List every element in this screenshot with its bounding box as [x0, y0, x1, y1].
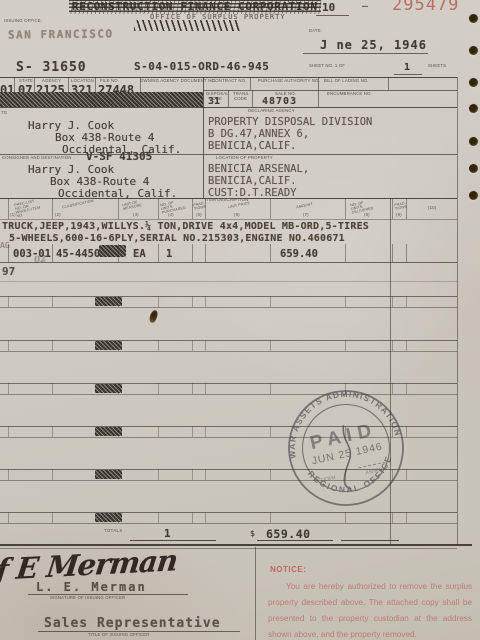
cell-divider	[192, 244, 193, 262]
cell-divider	[205, 383, 206, 394]
owning-doc-col-header: OWNING AGENCY DOCUMENT NO.	[140, 79, 216, 83]
footer-divider	[255, 547, 256, 640]
row-rule	[0, 383, 457, 384]
cell-divider	[118, 244, 119, 262]
date-underline	[303, 53, 428, 54]
date-value: J ne 25, 1946	[320, 38, 427, 52]
totals-label: TOTALS	[104, 529, 123, 533]
cell-divider	[270, 383, 271, 394]
cell-divider	[392, 340, 393, 351]
cell-divider	[270, 512, 271, 523]
col-number-5: (5)	[196, 213, 202, 217]
cell-divider	[158, 383, 159, 394]
cell-divider	[205, 426, 206, 437]
contract-col-header: CONTRACT NO.	[212, 79, 247, 83]
cell-divider	[8, 198, 9, 219]
hatch-mark	[95, 341, 122, 350]
paid-stamp: WAR ASSETS ADMINISTRATION REGIONAL OFFIC…	[272, 374, 419, 521]
issuing-office-value: SAN FRANCISCO	[8, 27, 114, 41]
cell-divider	[52, 383, 53, 394]
cell-divider	[192, 469, 193, 480]
cell-divider	[406, 198, 407, 219]
sheet-value: 1	[404, 62, 410, 73]
cell-divider	[205, 340, 206, 351]
cell-divider	[270, 198, 271, 219]
col-header-unit: UNIT OF MEASURE	[122, 200, 144, 212]
notice-text: You are hereby authorized to remove the …	[268, 579, 472, 640]
cell-divider	[205, 244, 206, 262]
col-header-item-no: PREC-LIST NO. OR WHOLE-ITEM NO.	[14, 198, 44, 218]
divider	[68, 77, 69, 92]
row-amount: 659.40	[280, 248, 318, 260]
form-number-dash: —	[362, 1, 368, 12]
title-rule	[38, 631, 240, 632]
to-label: TO	[1, 111, 7, 115]
rule	[0, 107, 457, 108]
hatch-mark	[95, 384, 122, 393]
item-description-caption: ITEM DESCRIPTION	[205, 198, 248, 202]
title-caption: TITLE OF ISSUING OFFICER	[88, 633, 150, 637]
row-rule	[0, 469, 457, 470]
struck-corporation-title: RECONSTRUCTION FINANCE CORPORATION	[72, 0, 318, 13]
cell-divider	[392, 244, 393, 262]
sale-no-value: 48703	[262, 96, 297, 107]
ink-smudge	[99, 245, 126, 257]
col-header-amount: AMOUNT	[296, 202, 313, 209]
signature-rule	[28, 594, 188, 595]
row-unit: EA	[133, 248, 146, 260]
declaring-agency-label: DECLARING AGENCY	[248, 109, 295, 113]
cell-divider	[270, 244, 271, 262]
col-number-2: (2)	[55, 213, 61, 217]
cell-divider	[345, 296, 346, 307]
cell-divider	[192, 296, 193, 307]
divider	[34, 77, 35, 92]
divider	[203, 77, 204, 198]
row-rule	[0, 351, 457, 352]
declaring-agency-2: B DG.47,ANNEX 6,	[208, 128, 309, 140]
pencil-scribble: 02	[33, 254, 47, 266]
row-rule	[0, 296, 457, 297]
notice-label: NOTICE:	[270, 565, 306, 574]
cell-divider	[8, 340, 9, 351]
table-right-edge	[457, 77, 458, 545]
serial-number: 295479	[392, 0, 459, 15]
cell-divider	[392, 512, 393, 523]
col-number-1: (1)	[10, 213, 16, 217]
cell-divider	[158, 469, 159, 480]
sheet-suffix: SHEETS	[428, 64, 446, 68]
binder-hole	[469, 191, 478, 200]
row-rule	[0, 523, 457, 524]
cell-divider	[52, 296, 53, 307]
cell-divider	[345, 512, 346, 523]
cell-divider	[158, 296, 159, 307]
cell-divider	[345, 244, 346, 262]
cell-divider	[345, 340, 346, 351]
col-number-3: (3)	[133, 213, 139, 217]
cell-divider	[8, 426, 9, 437]
divider	[250, 77, 251, 90]
encumbrance-label: ENCUMBRANCE NO.	[327, 92, 372, 96]
cell-divider	[392, 198, 393, 219]
cell-divider	[270, 426, 271, 437]
col-number-10: (10)	[428, 206, 436, 210]
cell-divider	[118, 198, 119, 219]
totals-units: 1	[164, 527, 171, 540]
binder-hole	[469, 164, 478, 173]
cell-divider	[270, 296, 271, 307]
totals-underline-1	[130, 540, 216, 541]
binder-hole	[469, 137, 478, 146]
row-rule	[0, 340, 457, 341]
totals-amount: 659.40	[266, 527, 311, 541]
item-description-line1: TRUCK,JEEP,1943,WILLYS.¼ TON,DRIVE 4x4,M…	[2, 221, 369, 232]
rule	[0, 281, 457, 282]
trans-code-label: TRANS.	[233, 92, 250, 96]
cell-divider	[392, 383, 393, 394]
cell-divider	[406, 244, 407, 262]
cell-divider	[8, 469, 9, 480]
cell-divider	[406, 469, 407, 480]
cell-divider	[392, 426, 393, 437]
cell-divider	[205, 512, 206, 523]
hatch-mark	[95, 427, 122, 436]
margin-note-97: 97	[2, 265, 15, 278]
issuing-office-label: ISSUING OFFICE:	[4, 19, 42, 23]
scanned-form-page: RECONSTRUCTION FINANCE CORPORATION OFFIC…	[0, 0, 480, 640]
rule	[203, 90, 457, 91]
hatch-mark	[95, 297, 122, 306]
cell-divider	[192, 198, 193, 219]
row-rule	[0, 512, 457, 513]
cell-divider	[52, 426, 53, 437]
property-location-2: BENICIA,CALIF.	[208, 175, 297, 187]
cell-divider	[52, 198, 53, 219]
sheet-underline	[394, 74, 422, 75]
cell-divider	[205, 296, 206, 307]
trans-code-label2: CODE	[234, 97, 247, 101]
row-rule	[0, 480, 457, 481]
cell-divider	[406, 340, 407, 351]
cell-divider	[406, 426, 407, 437]
divider	[14, 77, 15, 92]
cell-divider	[192, 383, 193, 394]
binder-hole	[469, 78, 478, 87]
row-rule	[0, 426, 457, 427]
divider	[140, 77, 141, 92]
declaring-agency-1: PROPERTY DISPOSAL DIVISION	[208, 116, 372, 128]
totals-dollar-sign: $	[250, 529, 255, 538]
cell-divider	[392, 469, 393, 480]
cell-divider	[406, 512, 407, 523]
cell-divider	[52, 512, 53, 523]
cell-divider	[345, 383, 346, 394]
binder-hole	[469, 104, 478, 113]
property-location-1: BENICIA ARSENAL,	[208, 163, 309, 175]
consignee-label: CONSIGNEE AND DESTINATION	[2, 156, 72, 160]
case-number: S- 31650	[16, 60, 87, 75]
divider	[95, 77, 96, 92]
col-number-7: (7)	[303, 213, 309, 217]
cell-divider	[8, 512, 9, 523]
date-label: DATE:	[309, 29, 322, 33]
cell-divider	[392, 296, 393, 307]
cell-divider	[192, 426, 193, 437]
cell-divider	[205, 469, 206, 480]
col-header-unit-price: UNIT PRICE	[228, 201, 251, 209]
cell-divider	[406, 383, 407, 394]
cell-divider	[158, 340, 159, 351]
cell-divider	[406, 296, 407, 307]
redacted-strip	[0, 92, 203, 107]
purchase-authority-col-header: PURCHASE AUTHORITY NO.	[258, 79, 320, 83]
disposal-code-value: 31	[208, 96, 220, 107]
signature-typed-name: L. E. Merman	[36, 580, 147, 594]
divider	[252, 90, 253, 107]
row-rule	[0, 394, 457, 395]
cell-divider	[158, 426, 159, 437]
title-typed: Sales Representative	[44, 616, 221, 631]
cell-divider	[158, 244, 159, 262]
divider	[318, 90, 319, 107]
cell-divider	[158, 198, 159, 219]
form-number: 10	[316, 1, 349, 16]
col-number-4: (4)	[168, 213, 174, 217]
cell-divider	[345, 469, 346, 480]
divider	[228, 90, 229, 107]
col-number-8: (8)	[364, 213, 370, 217]
hatch-mark	[95, 513, 122, 522]
col-header-classification: CLASSIFICATION	[62, 199, 94, 209]
row-rule	[0, 437, 457, 438]
cell-divider	[52, 469, 53, 480]
col-number-9: (9)	[396, 213, 402, 217]
totals-underline-3	[341, 540, 399, 541]
binder-hole	[469, 46, 478, 55]
cell-divider	[8, 383, 9, 394]
cell-divider	[270, 469, 271, 480]
cell-divider	[8, 244, 9, 262]
row-rule	[0, 307, 457, 308]
divider	[318, 77, 319, 90]
paper-stain	[149, 309, 159, 323]
cell-divider	[345, 198, 346, 219]
cell-divider	[205, 198, 206, 219]
row-units-purchased: 1	[166, 248, 172, 260]
cell-divider	[192, 340, 193, 351]
cell-divider	[192, 512, 193, 523]
location-of-property-label: LOCATION OF PROPERTY	[216, 156, 273, 160]
hatch-mark	[95, 470, 122, 479]
rule	[0, 219, 457, 220]
cell-divider	[158, 512, 159, 523]
consignee-code: V-SF 41305	[86, 150, 152, 163]
slash-redaction-mark	[134, 20, 240, 31]
declaring-agency-3: BENICIA,CALIF.	[208, 140, 297, 152]
contract-code: S-04-015-ORD-46-945	[134, 60, 269, 73]
binder-hole	[469, 14, 478, 23]
divider	[388, 77, 389, 90]
rule	[0, 154, 457, 155]
cell-divider	[345, 426, 346, 437]
bill-lading-col-header: BILL OF LADING NO.	[324, 79, 369, 83]
cell-divider	[270, 340, 271, 351]
item-description-line2: 5-WHEELS,600-16-6PLY,SERIAL NO.215303,EN…	[9, 233, 345, 244]
cell-divider	[8, 296, 9, 307]
cell-divider	[52, 244, 53, 262]
rule	[0, 262, 457, 263]
rule	[0, 544, 472, 546]
signature-caption: SIGNATURE OF ISSUING OFFICER	[50, 596, 125, 600]
sheet-prefix: SHEET NO. 1 OF	[309, 64, 345, 68]
col-number-6: (6)	[234, 213, 240, 217]
cell-divider	[52, 340, 53, 351]
